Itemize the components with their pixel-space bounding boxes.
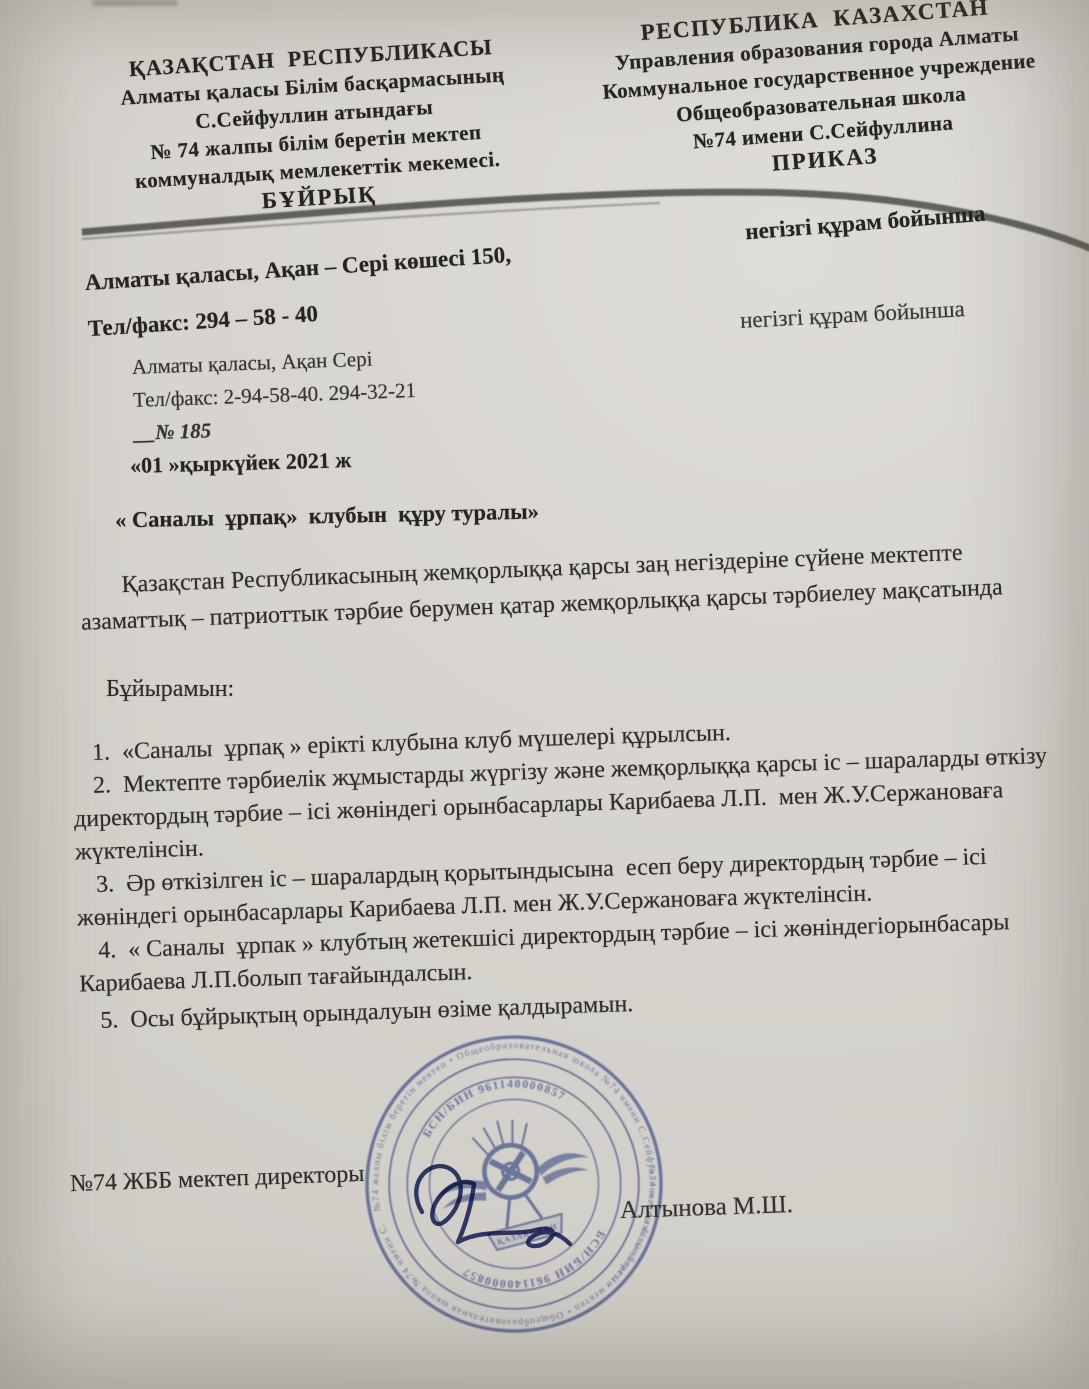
scan-edge-artifact: [92, 0, 178, 6]
scanned-order-document: ҚАЗАҚСТАН РЕСПУБЛИКАСЫ Алматы қаласы Біл…: [0, 0, 1089, 1389]
intro-paragraph: Қазақстан Республикасының жемқорлыққа қа…: [79, 531, 1059, 640]
header-russian: РЕСПУБЛИКА КАЗАХСТАН Управления образова…: [545, 0, 1089, 194]
order-subject: « Саналы ұрпақ» клубын құру туралы»: [115, 499, 539, 534]
order-date: «01 »қыркүйек 2021 ж: [130, 447, 352, 479]
signature-name: Алтынова М.Ш.: [620, 1191, 794, 1225]
order-items-list: 1. «Саналы ұрпақ » ерікті клубына клуб м…: [72, 707, 1069, 1039]
order-verb: Бұйырамын:: [106, 676, 234, 703]
signature-role: №74 ЖББ мектеп директоры: [70, 1161, 365, 1198]
side-note-regular: негізгі құрам бойынша: [739, 296, 965, 334]
address-block-regular: Алматы қаласы, Ақан Сері Тел/факс: 2-94-…: [131, 341, 417, 450]
director-signature: [388, 1146, 618, 1271]
